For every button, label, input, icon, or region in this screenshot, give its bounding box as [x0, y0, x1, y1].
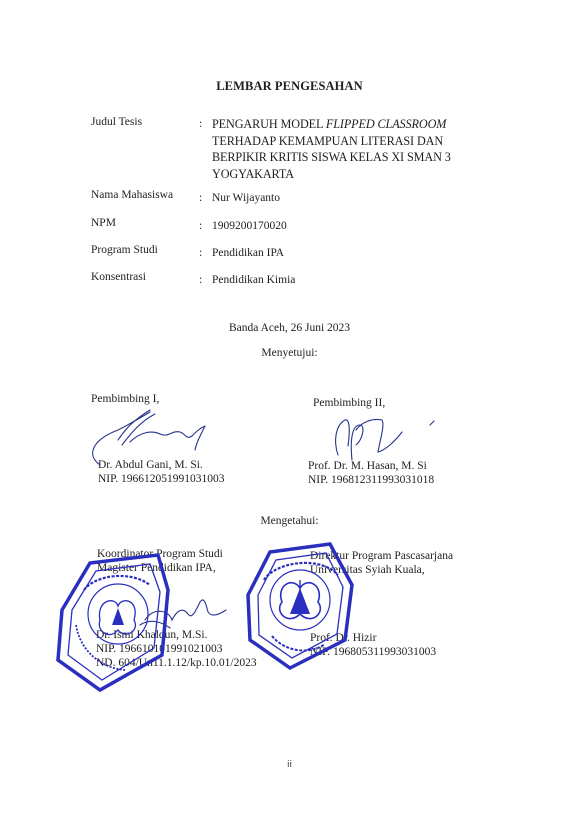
signature-coordinator	[140, 600, 226, 628]
stamp-right	[248, 544, 352, 668]
stamp-left	[58, 555, 168, 690]
signatures-stamps-overlay	[0, 0, 579, 819]
signature-supervisor-1	[93, 410, 205, 465]
signature-supervisor-2	[336, 419, 434, 460]
